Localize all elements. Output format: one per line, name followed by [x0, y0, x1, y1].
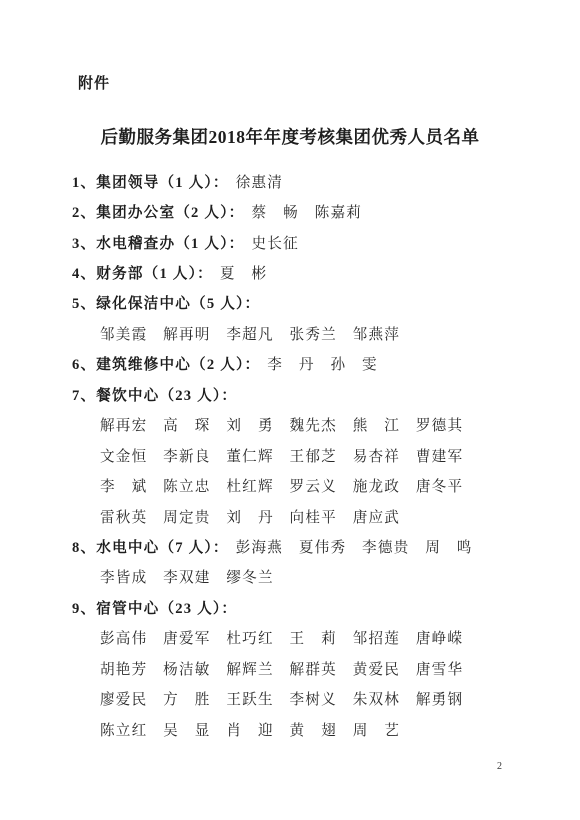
section-names: 彭海燕 夏伟秀 李德贵 周 鸣	[236, 536, 473, 557]
page-number: 2	[497, 761, 502, 772]
section-heading: 4、财务部（1 人）：	[72, 262, 213, 283]
name-row: 李 斌 陈立忠 杜红辉 罗云义 施龙政 唐冬平	[72, 470, 550, 500]
list-section-6: 6、建筑维修中心（2 人）：李 丹 孙 雯	[72, 349, 550, 379]
list-section-4: 4、财务部（1 人）：夏 彬	[72, 257, 550, 287]
name-row: 胡艳芳 杨洁敏 解辉兰 解群英 黄爱民 唐雪华	[72, 653, 550, 683]
section-names: 李 丹 孙 雯	[267, 353, 378, 374]
name-row: 彭高伟 唐爱军 杜巧红 王 莉 邹招莲 唐峥嵘	[72, 623, 550, 653]
list-section-2: 2、集团办公室（2 人）：蔡 畅 陈嘉莉	[72, 196, 550, 226]
section-names: 史长征	[251, 232, 298, 253]
section-heading: 7、餐饮中心（23 人）：	[72, 384, 237, 405]
name-row: 陈立红 吴 显 肖 迎 黄 翅 周 艺	[72, 714, 550, 744]
name-row: 邹美霞 解再明 李超凡 张秀兰 邹燕萍	[72, 318, 550, 348]
section-heading: 2、集团办公室（2 人）：	[72, 201, 244, 222]
section-heading: 5、绿化保洁中心（5 人）：	[72, 292, 260, 313]
section-names: 蔡 畅 陈嘉莉	[251, 201, 362, 222]
list-section-8: 8、水电中心（7 人）：彭海燕 夏伟秀 李德贵 周 鸣	[72, 531, 550, 561]
name-row: 文金恒 李新良 董仁辉 王郁芝 易杏祥 曹建军	[72, 440, 550, 470]
attachment-label: 附件	[78, 72, 110, 93]
personnel-list: 1、集团领导（1 人）：徐惠清 2、集团办公室（2 人）：蔡 畅 陈嘉莉 3、水…	[72, 166, 550, 744]
section-heading: 8、水电中心（7 人）：	[72, 536, 229, 557]
name-row: 廖爱民 方 胜 王跃生 李树义 朱双林 解勇钢	[72, 683, 550, 713]
name-row: 雷秋英 周定贵 刘 丹 向桂平 唐应武	[72, 501, 550, 531]
name-row: 解再宏 高 琛 刘 勇 魏先杰 熊 江 罗德其	[72, 410, 550, 440]
section-heading: 9、宿管中心（23 人）：	[72, 597, 237, 618]
list-section-3: 3、水电稽查办（1 人）：史长征	[72, 227, 550, 257]
document-title: 后勤服务集团2018年年度考核集团优秀人员名单	[0, 124, 580, 149]
list-section-9: 9、宿管中心（23 人）：	[72, 592, 550, 622]
section-names: 夏 彬	[220, 262, 267, 283]
name-row: 李皆成 李双建 缪冬兰	[72, 562, 550, 592]
section-heading: 1、集团领导（1 人）：	[72, 171, 229, 192]
document-page: 附件 后勤服务集团2018年年度考核集团优秀人员名单 1、集团领导（1 人）：徐…	[0, 0, 580, 820]
list-section-7: 7、餐饮中心（23 人）：	[72, 379, 550, 409]
section-heading: 6、建筑维修中心（2 人）：	[72, 353, 260, 374]
list-section-1: 1、集团领导（1 人）：徐惠清	[72, 166, 550, 196]
section-names: 徐惠清	[236, 171, 283, 192]
section-heading: 3、水电稽查办（1 人）：	[72, 232, 244, 253]
list-section-5: 5、绿化保洁中心（5 人）：	[72, 288, 550, 318]
